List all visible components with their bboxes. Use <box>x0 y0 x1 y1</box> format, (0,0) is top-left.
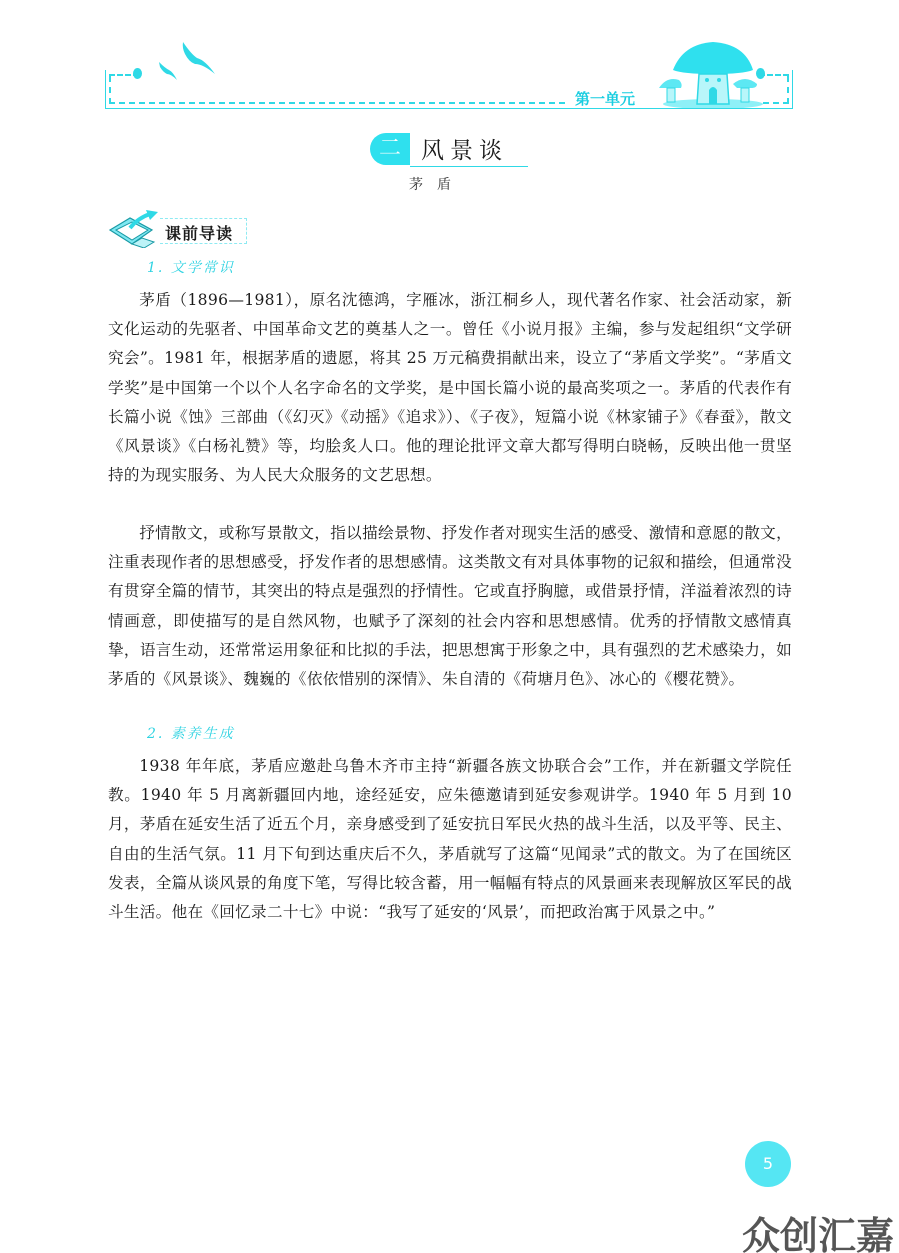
paragraph: 茅盾（1896—1981），原名沈德鸿，字雁冰，浙江桐乡人，现代著名作家、社会活… <box>108 286 792 490</box>
title-underline <box>410 166 528 167</box>
subsection-heading: 1. 文学常识 <box>147 257 235 277</box>
lesson-title: 风景谈 <box>421 132 508 165</box>
banner-dot-icon <box>133 68 142 79</box>
folder-arrow-icon <box>108 208 164 248</box>
lesson-number-badge: 二 <box>370 133 410 165</box>
paragraph: 1938 年年底，茅盾应邀赴乌鲁木齐市主持“新疆各族文协联合会”工作，并在新疆文… <box>108 752 792 927</box>
paragraph: 抒情散文，或称写景散文，指以描绘景物、抒发作者对现实生活的感受、激情和意愿的散文… <box>108 519 792 694</box>
mushroom-house-icon <box>653 40 763 108</box>
lesson-title-block: 二 风景谈 <box>370 133 530 169</box>
unit-label: 第一单元 <box>575 88 635 109</box>
unit-header-banner: 第一单元 <box>105 40 793 112</box>
section-header: 课前导读 <box>108 208 248 248</box>
watermark-logo: 众创汇嘉 <box>742 1205 894 1253</box>
birds-icon <box>145 40 225 80</box>
subsection-heading: 2. 素养生成 <box>147 723 235 743</box>
page-number: 5 <box>745 1141 791 1187</box>
section-label: 课前导读 <box>165 221 233 244</box>
lesson-author: 茅盾 <box>409 174 465 194</box>
